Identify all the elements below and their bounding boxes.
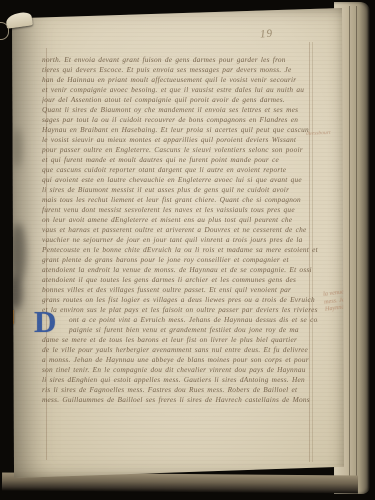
gutter-smudge [8, 276, 22, 310]
gutter-tab-mark [10, 310, 14, 324]
manuscript-line: qui avoient este en lautre chevauchie en… [42, 175, 318, 185]
manuscript-line: grans routes on les fist logier es villa… [42, 295, 318, 305]
manuscript-line: atendoient il que toutes les gens darmes… [42, 275, 318, 285]
manuscript-line: on leur avoit amene dEngleterre et misen… [42, 215, 318, 225]
manuscript-line: le vosist sieuvir au mieux montes et app… [42, 135, 318, 145]
manuscript-line: de le ville pour yauls herbergier avenam… [42, 345, 318, 355]
manuscript-line: jour del Assention atout tel compaignie … [42, 95, 318, 105]
manuscript-line: han de Hainnau en priant moult affectueu… [42, 75, 318, 85]
manuscript-line: son tinel tenir. En le compagnie dou dit… [42, 365, 318, 375]
gutter-smudge [12, 128, 22, 168]
manuscript-line: ont a ce point vint a Evruich mess. Jeha… [42, 315, 318, 325]
manuscript-line: que cascuns cuidoit reporter otant darge… [42, 165, 318, 175]
decorated-initial-d: D [34, 309, 60, 335]
manuscript-line: north. Et envoia devant grant fuison de … [42, 55, 318, 65]
manuscript-line: grant plente de grans barons pour le jon… [42, 255, 318, 265]
manuscript-line: paignie si furent bien venu et grandemen… [42, 325, 318, 335]
manuscript-line: sages par tout la ou il cuidoit recouvre… [42, 115, 318, 125]
photo-background: 19 north. Et envoia devant grant fuison … [0, 0, 375, 500]
gutter-smudge [10, 223, 26, 283]
manuscript-line: vauchier ne sejourner de jour en jour ta… [42, 235, 318, 245]
manuscript-line: pour passer oultre en Engleterre. Cascun… [42, 145, 318, 155]
manuscript-line: et venir compaignie avoec besoing. et qu… [42, 85, 318, 95]
leaf-edge-seam [349, 6, 350, 488]
manuscript-line: li sires dEnghien qui estoit appelles me… [42, 375, 318, 385]
manuscript-line: li sires de Biaumont messist il eut asse… [42, 185, 318, 195]
folio-number: 19 [260, 28, 274, 41]
manuscript-line: Quant li sires de Biaumont oy che mandem… [42, 105, 318, 115]
manuscript-line: dame se mere et de tous les barons et le… [42, 335, 318, 345]
manuscript-line: tieres qui devers Escoce. Et puis envoia… [42, 65, 318, 75]
manuscript-line: atendoient la endroit la venue de monss.… [42, 265, 318, 275]
manuscript-line: et la environ sus le plat pays et les fa… [42, 305, 318, 315]
manuscript-line: ris li sires de Fagnoelles mess. Fastres… [42, 385, 318, 395]
manuscript-line: furent venu dont messist sesvolerent les… [42, 205, 318, 215]
spine-edge-mark [0, 22, 9, 40]
manuscript-line: mais tous les rechut liement et leur fis… [42, 195, 318, 205]
text-block: north. Et envoia devant grant fuison de … [42, 55, 318, 405]
manuscript-page: 19 north. Et envoia devant grant fuison … [8, 8, 344, 478]
manuscript-line: Pentecouste en le bonne chite dEvruich l… [42, 245, 318, 255]
leaf-edge-seam [356, 6, 357, 488]
manuscript-line: bonnes villes et des villages fussent ou… [42, 285, 318, 295]
manuscript-line: vaus et harnas et passerent oultre et ar… [42, 225, 318, 235]
manuscript-line: a monss. Jehan de Haynnau une abbeye de … [42, 355, 318, 365]
manuscript-line: et qui furent mande et moult dautres qui… [42, 155, 318, 165]
manuscript-line: Haynau en Braibant en Hasebaing. Et leur… [42, 125, 318, 135]
manuscript-line: mess. Guillaummes de Bailloel ses freres… [42, 395, 318, 405]
